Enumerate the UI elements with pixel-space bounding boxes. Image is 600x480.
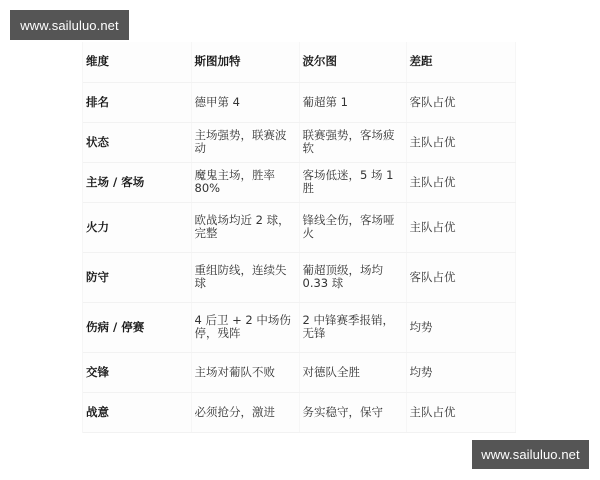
cell-gap: 客队占优 <box>406 252 515 302</box>
cell-porto: 2 中锋赛季报销，无锋 <box>299 302 406 352</box>
cell-dimension: 主场 / 客场 <box>83 162 191 202</box>
cell-porto: 对德队全胜 <box>299 352 406 392</box>
table-row: 状态 主场强势，联赛波动 联赛强势，客场疲软 主队占优 <box>83 122 515 162</box>
cell-porto: 葡超顶级，场均 0.33 球 <box>299 252 406 302</box>
cell-stuttgart: 必须抢分，激进 <box>191 392 299 432</box>
header-gap: 差距 <box>406 42 515 82</box>
cell-gap: 均势 <box>406 302 515 352</box>
cell-stuttgart: 主场对葡队不败 <box>191 352 299 392</box>
table-row: 排名 德甲第 4 葡超第 1 客队占优 <box>83 82 515 122</box>
cell-porto: 锋线全伤，客场哑火 <box>299 202 406 252</box>
cell-gap: 主队占优 <box>406 392 515 432</box>
table-header-row: 维度 斯图加特 波尔图 差距 <box>83 42 515 82</box>
table-row: 交锋 主场对葡队不败 对德队全胜 均势 <box>83 352 515 392</box>
header-dimension: 维度 <box>83 42 191 82</box>
table-row: 火力 欧战场均近 2 球，完整 锋线全伤，客场哑火 主队占优 <box>83 202 515 252</box>
cell-dimension: 交锋 <box>83 352 191 392</box>
cell-porto: 客场低迷，5 场 1 胜 <box>299 162 406 202</box>
cell-stuttgart: 重组防线，连续失球 <box>191 252 299 302</box>
cell-stuttgart: 主场强势，联赛波动 <box>191 122 299 162</box>
cell-gap: 主队占优 <box>406 162 515 202</box>
cell-gap: 均势 <box>406 352 515 392</box>
cell-porto: 联赛强势，客场疲软 <box>299 122 406 162</box>
cell-stuttgart: 德甲第 4 <box>191 82 299 122</box>
watermark-bottom: www.sailuluo.net <box>472 440 589 469</box>
table-row: 主场 / 客场 魔鬼主场，胜率 80% 客场低迷，5 场 1 胜 主队占优 <box>83 162 515 202</box>
header-porto: 波尔图 <box>299 42 406 82</box>
table-row: 战意 必须抢分，激进 务实稳守，保守 主队占优 <box>83 392 515 432</box>
cell-dimension: 状态 <box>83 122 191 162</box>
cell-stuttgart: 欧战场均近 2 球，完整 <box>191 202 299 252</box>
cell-stuttgart: 4 后卫 + 2 中场伤停，残阵 <box>191 302 299 352</box>
header-stuttgart: 斯图加特 <box>191 42 299 82</box>
cell-porto: 务实稳守，保守 <box>299 392 406 432</box>
cell-porto: 葡超第 1 <box>299 82 406 122</box>
comparison-table: 维度 斯图加特 波尔图 差距 排名 德甲第 4 葡超第 1 客队占优 状态 主场… <box>83 42 516 433</box>
cell-dimension: 排名 <box>83 82 191 122</box>
cell-dimension: 战意 <box>83 392 191 432</box>
cell-stuttgart: 魔鬼主场，胜率 80% <box>191 162 299 202</box>
cell-dimension: 防守 <box>83 252 191 302</box>
watermark-top: www.sailuluo.net <box>10 10 129 40</box>
comparison-table-container: 维度 斯图加特 波尔图 差距 排名 德甲第 4 葡超第 1 客队占优 状态 主场… <box>82 42 516 433</box>
cell-gap: 客队占优 <box>406 82 515 122</box>
cell-gap: 主队占优 <box>406 122 515 162</box>
cell-dimension: 伤病 / 停赛 <box>83 302 191 352</box>
table-row: 防守 重组防线，连续失球 葡超顶级，场均 0.33 球 客队占优 <box>83 252 515 302</box>
table-row: 伤病 / 停赛 4 后卫 + 2 中场伤停，残阵 2 中锋赛季报销，无锋 均势 <box>83 302 515 352</box>
cell-dimension: 火力 <box>83 202 191 252</box>
cell-gap: 主队占优 <box>406 202 515 252</box>
